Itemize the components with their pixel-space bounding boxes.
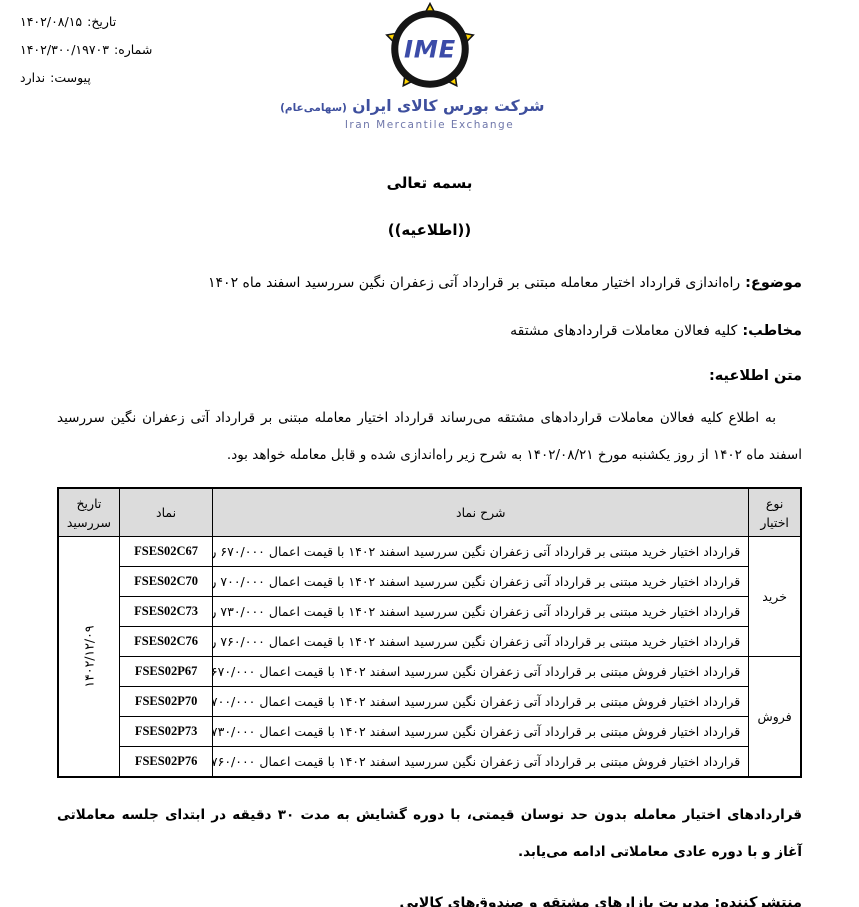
symbol-cell: FSES02P67: [119, 657, 213, 687]
logo-fa-title-text: شرکت بورس کالای ایران: [352, 97, 544, 115]
maturity-date-cell: ۱۴۰۲/۱۲/۰۹: [58, 537, 119, 778]
table-header-row: نوع اختیار شرح نماد نماد تاریخ سررسید: [58, 488, 801, 537]
date-label: تاریخ:: [87, 14, 116, 29]
desc-cell: قرارداد اختیار خرید مبتنی بر قرارداد آتی…: [213, 567, 749, 597]
symbol-cell: FSES02P73: [119, 717, 213, 747]
col-header-symbol: نماد: [119, 488, 213, 537]
table-row: قرارداد اختیار فروش مبتنی بر قرارداد آتی…: [58, 717, 801, 747]
audience-label: مخاطب:: [742, 323, 802, 339]
document-body: بسمه تعالی ((اطلاعیه)) موضوع:راه‌اندازی …: [0, 174, 859, 907]
table-row: قرارداد اختیار خرید مبتنی بر قرارداد آتی…: [58, 567, 801, 597]
table-row: خرید قرارداد اختیار خرید مبتنی بر قراردا…: [58, 537, 801, 567]
desc-cell: قرارداد اختیار فروش مبتنی بر قرارداد آتی…: [213, 657, 749, 687]
symbol-cell: FSES02C67: [119, 537, 213, 567]
desc-cell: قرارداد اختیار خرید مبتنی بر قرارداد آتی…: [213, 627, 749, 657]
table-row: قرارداد اختیار فروش مبتنی بر قرارداد آتی…: [58, 747, 801, 778]
number-label: شماره:: [114, 42, 152, 57]
symbol-cell: FSES02P70: [119, 687, 213, 717]
publisher-line: منتشرکننده:مدیریت بازارهای مشتقه و صندوق…: [57, 895, 802, 907]
subject-text: راه‌اندازی قرارداد اختیار معامله مبتنی ب…: [208, 275, 740, 291]
symbol-cell: FSES02C73: [119, 597, 213, 627]
option-type-cell-buy: خرید: [749, 537, 801, 657]
notice-heading: ((اطلاعیه)): [57, 221, 802, 239]
desc-cell: قرارداد اختیار خرید مبتنی بر قرارداد آتی…: [213, 597, 749, 627]
option-type-cell-sell: فروش: [749, 657, 801, 778]
symbol-cell: FSES02C70: [119, 567, 213, 597]
basmala-heading: بسمه تعالی: [57, 174, 802, 192]
ime-star-icon: IME: [383, 2, 477, 96]
desc-cell: قرارداد اختیار فروش مبتنی بر قرارداد آتی…: [213, 717, 749, 747]
contracts-table: نوع اختیار شرح نماد نماد تاریخ سررسید خر…: [57, 487, 802, 778]
attachment-value: ندارد: [20, 70, 45, 85]
letterhead-meta: تاریخ:۱۴۰۲/۰۸/۱۵ شماره:۱۴۰۲/۳۰۰/۱۹۷۰۳ پی…: [20, 8, 235, 92]
col-header-option-type: نوع اختیار: [749, 488, 801, 537]
symbol-cell: FSES02C76: [119, 627, 213, 657]
meta-line-date: تاریخ:۱۴۰۲/۰۸/۱۵: [20, 8, 235, 36]
audience-line: مخاطب:کلیه فعالان معاملات قراردادهای مشت…: [57, 323, 802, 339]
publisher-label: منتشرکننده:: [714, 895, 802, 907]
logo-fa-subtitle: (سهامی‌عام): [280, 102, 347, 114]
table-row: قرارداد اختیار فروش مبتنی بر قرارداد آتی…: [58, 687, 801, 717]
table-row: قرارداد اختیار خرید مبتنی بر قرارداد آتی…: [58, 597, 801, 627]
subject-label: موضوع:: [745, 275, 802, 291]
meta-line-attachment: پیوست:ندارد: [20, 64, 235, 92]
desc-cell: قرارداد اختیار فروش مبتنی بر قرارداد آتی…: [213, 747, 749, 778]
logo-fa-title: شرکت بورس کالای ایران (سهامی‌عام): [315, 97, 545, 117]
announcement-document: { "meta": { "lines": [ { "label": "تاریخ…: [0, 0, 859, 907]
attachment-label: پیوست:: [50, 70, 91, 85]
symbol-cell: FSES02P76: [119, 747, 213, 778]
trading-note: قراردادهای اختیار معامله بدون حد نوسان ق…: [57, 797, 802, 871]
logo-en-title: Iran Mercantile Exchange: [315, 118, 545, 132]
desc-cell: قرارداد اختیار فروش مبتنی بر قرارداد آتی…: [213, 687, 749, 717]
publisher-text: مدیریت بازارهای مشتقه و صندوق‌های کالایی: [400, 895, 710, 907]
date-value: ۱۴۰۲/۰۸/۱۵: [20, 14, 82, 29]
body-paragraph: به اطلاع کلیه فعالان معاملات قراردادهای …: [57, 400, 802, 474]
subject-line: موضوع:راه‌اندازی قرارداد اختیار معامله م…: [57, 275, 802, 291]
ime-logo: IME شرکت بورس کالای ایران (سهامی‌عام) Ir…: [315, 2, 545, 132]
meta-line-number: شماره:۱۴۰۲/۳۰۰/۱۹۷۰۳: [20, 36, 235, 64]
body-heading: متن اطلاعیه:: [57, 368, 802, 384]
table-row: فروش قرارداد اختیار فروش مبتنی بر قراردا…: [58, 657, 801, 687]
logo-monogram: IME: [403, 35, 455, 64]
desc-cell: قرارداد اختیار خرید مبتنی بر قرارداد آتی…: [213, 537, 749, 567]
col-header-maturity: تاریخ سررسید: [58, 488, 119, 537]
table-row: قرارداد اختیار خرید مبتنی بر قرارداد آتی…: [58, 627, 801, 657]
letterhead: تاریخ:۱۴۰۲/۰۸/۱۵ شماره:۱۴۰۲/۳۰۰/۱۹۷۰۳ پی…: [0, 0, 859, 138]
audience-text: کلیه فعالان معاملات قراردادهای مشتقه: [510, 323, 737, 339]
number-value: ۱۴۰۲/۳۰۰/۱۹۷۰۳: [20, 42, 109, 57]
col-header-description: شرح نماد: [213, 488, 749, 537]
vertical-date-wrap: ۱۴۰۲/۱۲/۰۹: [59, 546, 119, 768]
maturity-date-text: ۱۴۰۲/۱۲/۰۹: [81, 625, 96, 687]
